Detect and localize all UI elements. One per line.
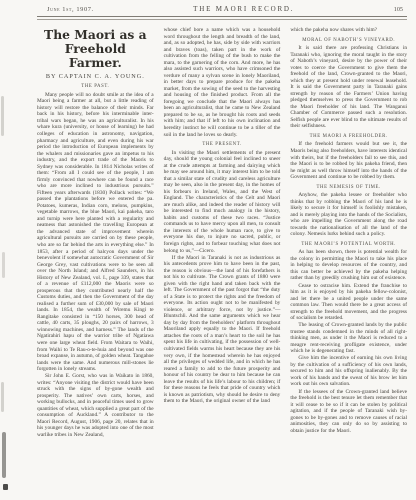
paragraph: If the Maori in Taranaki is not as indus… (164, 255, 281, 405)
page-number: 105 (394, 6, 403, 13)
paragraph-continuation: which the pakeha now shares with him? (290, 27, 407, 34)
section-heading-the-present: THE PRESENT. (164, 142, 281, 147)
section-heading-maori-a-freeholder: THE MAORI A FREEHOLDER. (290, 134, 407, 139)
scan-artifact (1, 382, 4, 412)
paragraph: The leasing of Crown-granted lands by th… (290, 322, 407, 355)
issue-date: June 1st, 1907. (47, 6, 94, 13)
paragraph: If the freehold farmers would but see it… (290, 141, 407, 180)
section-heading-naboths-vineyard: MORAL OF NABOTH’S VINEYARD. (290, 38, 407, 43)
journal-page: June 1st, 1907. THE MAORI RECORD. 105 Th… (0, 0, 416, 500)
scan-artifact (1, 96, 4, 136)
section-heading-the-past: THE PAST. (37, 84, 154, 89)
scan-artifact (2, 252, 5, 278)
paragraph: If the lessees of the Crown-granted land… (290, 389, 407, 435)
section-heading-nemesis-of-time: THE NEMESIS OF TIME. (290, 185, 407, 190)
header-rule (37, 16, 407, 20)
column-1: The Maori as a Freehold Farmer. BY CAPTA… (37, 27, 154, 438)
paragraph: As has been shown, there is potential we… (290, 249, 407, 282)
paragraph: Cease to ostracise him. Extend the franc… (290, 283, 407, 322)
article-body: The Maori as a Freehold Farmer. BY CAPTA… (37, 27, 407, 438)
scan-artifact (3, 484, 8, 490)
article-byline: BY CAPTAIN C. A. YOUNG. (37, 73, 154, 80)
paragraph-continuation: whose chief bore a name which was a hous… (164, 27, 281, 138)
paragraph: Give him the incentive of earning his ow… (290, 355, 407, 388)
article-title: The Maori as a Freehold Farmer. (37, 28, 154, 69)
paragraph: It is said there are professing Christia… (290, 45, 407, 130)
column-2: whose chief bore a name which was a hous… (164, 27, 281, 438)
column-3: which the pakeha now shares with him? MO… (290, 27, 407, 438)
paragraph: Anyhow, the pakeha lessee or freeholder … (290, 192, 407, 238)
journal-title: THE MAORI RECORD. (193, 5, 294, 13)
paragraph: Many people will no doubt smile at the i… (37, 92, 154, 373)
paragraph: Sir John E. Gorst, who was in Waikato in… (37, 373, 154, 438)
page-header: June 1st, 1907. THE MAORI RECORD. 105 (37, 5, 407, 13)
scan-artifact (2, 432, 6, 478)
section-heading-potential-worth: THE MAORI’S POTENTIAL WORTH. (290, 242, 407, 247)
paragraph: In visiting the Maori settlements of the… (164, 150, 281, 255)
